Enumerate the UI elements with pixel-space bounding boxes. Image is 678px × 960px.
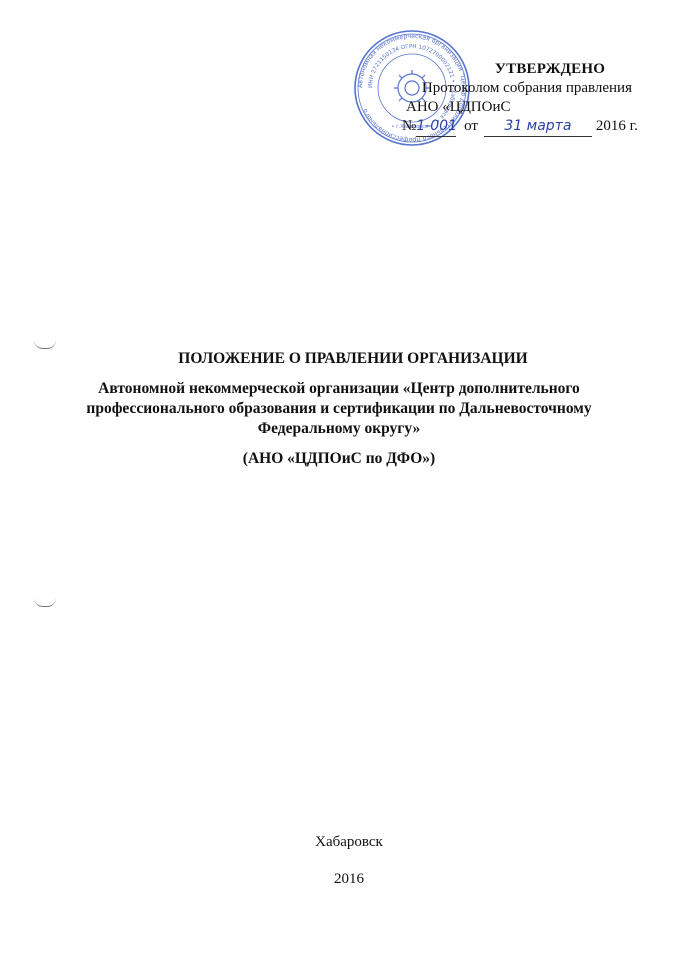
- approval-protocol-line: Протоколом собрания правления: [390, 79, 650, 98]
- approval-block: УТВЕРЖДЕНО Протоколом собрания правления…: [390, 60, 650, 137]
- document-title: ПОЛОЖЕНИЕ О ПРАВЛЕНИИ ОРГАНИЗАЦИИ: [0, 349, 678, 369]
- document-heading: ПОЛОЖЕНИЕ О ПРАВЛЕНИИ ОРГАНИЗАЦИИ Автоно…: [0, 349, 678, 469]
- approval-org-line: АНО «ЦДПОиС: [390, 98, 650, 117]
- date-prefix: от: [464, 118, 478, 134]
- footer-year: 2016: [20, 871, 678, 888]
- document-page: Автономная некоммерческая организация "Ц…: [0, 0, 678, 960]
- organization-abbreviation: (АНО «ЦДПОиС по ДФО»): [0, 449, 678, 469]
- approval-number-date-line: №1-001 от31 марта2016 г.: [390, 117, 650, 137]
- organization-full-name: Автономной некоммерческой организации «Ц…: [59, 379, 619, 439]
- protocol-date-handwritten: 31 марта: [484, 117, 592, 137]
- document-footer: Хабаровск 2016: [0, 834, 678, 888]
- footer-city: Хабаровск: [20, 834, 678, 854]
- protocol-number-handwritten: 1-001: [416, 117, 456, 137]
- binding-hole-mark: [34, 340, 56, 349]
- approval-title: УТВЕРЖДЕНО: [390, 60, 650, 79]
- protocol-year: 2016 г.: [596, 118, 638, 134]
- number-sign: №: [402, 118, 416, 134]
- binding-hole-mark: [34, 598, 56, 607]
